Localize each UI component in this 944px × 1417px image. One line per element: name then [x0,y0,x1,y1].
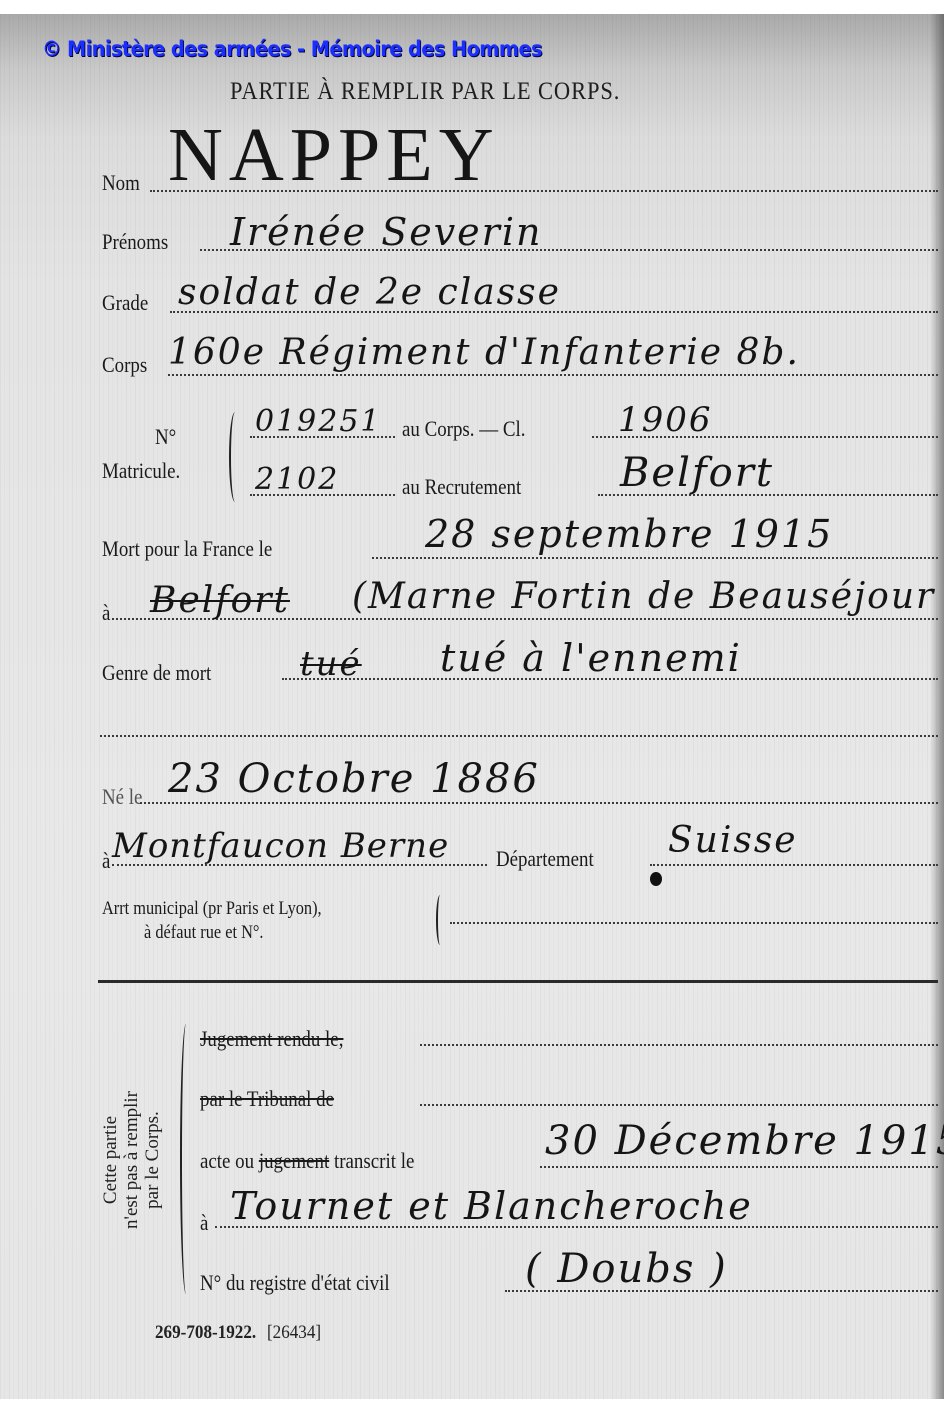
civil-a-value: Tournet et Blancheroche [230,1184,753,1228]
mort-le-value: 28 septembre 1915 [425,512,833,556]
prenoms-value: Irénée Severin [230,210,542,254]
ne-a-value: Montfaucon Berne [112,826,449,866]
copyright-watermark: © Ministère des armées - Mémoire des Hom… [42,37,542,61]
side-note: Cette partie n'est pas à remplir par le … [100,1030,163,1290]
transcrit-dotted-line [540,1166,938,1168]
ink-blot [650,872,662,886]
nom-label: Nom [102,170,140,196]
genre-de-mort-value: tué à l'ennemi [440,636,742,680]
jugement-dotted-line [420,1044,938,1046]
nom-value: NAPPEY [168,112,500,199]
departement-value: Suisse [668,820,798,861]
matricule-brace [229,412,241,502]
print-reference: 269-708-1922.[26434] [155,1322,321,1344]
transcrit-value: 30 Décembre 1915 [545,1118,944,1164]
recrutement-place-value: Belfort [620,450,774,496]
print-code: 269-708-1922. [155,1322,256,1343]
grade-value: soldat de 2e classe [178,272,561,313]
section-divider [98,980,938,983]
mort-a-struck-value: Belfort [150,580,290,621]
form-heading: PARTIE À REMPLIR PAR LE CORPS. [230,78,620,106]
registre-value: ( Doubs ) [525,1246,728,1292]
corps-value: 160e Régiment d'Infanterie 8b. [168,332,800,373]
mort-a-value: (Marne Fortin de Beauséjour [352,576,935,617]
civil-section-brace [180,1024,192,1294]
classe-value: 1906 [618,400,713,440]
print-number: [26434] [267,1322,321,1343]
ne-le-value: 23 Octobre 1886 [168,756,540,802]
ne-le-dotted-line [140,802,938,804]
corps-number-value: 019251 [255,404,382,439]
blank-dotted-line [100,735,938,737]
tribunal-dotted-line [420,1104,938,1106]
arrondissement-brace [436,895,444,945]
recrutement-number-value: 2102 [255,462,339,497]
genre-de-mort-struck-value: tué [300,644,362,684]
mort-le-dotted-line [372,557,938,559]
corps-dotted-line [168,374,938,376]
arrondissement-dotted-line [450,922,938,924]
departement-dotted-line [650,864,938,866]
